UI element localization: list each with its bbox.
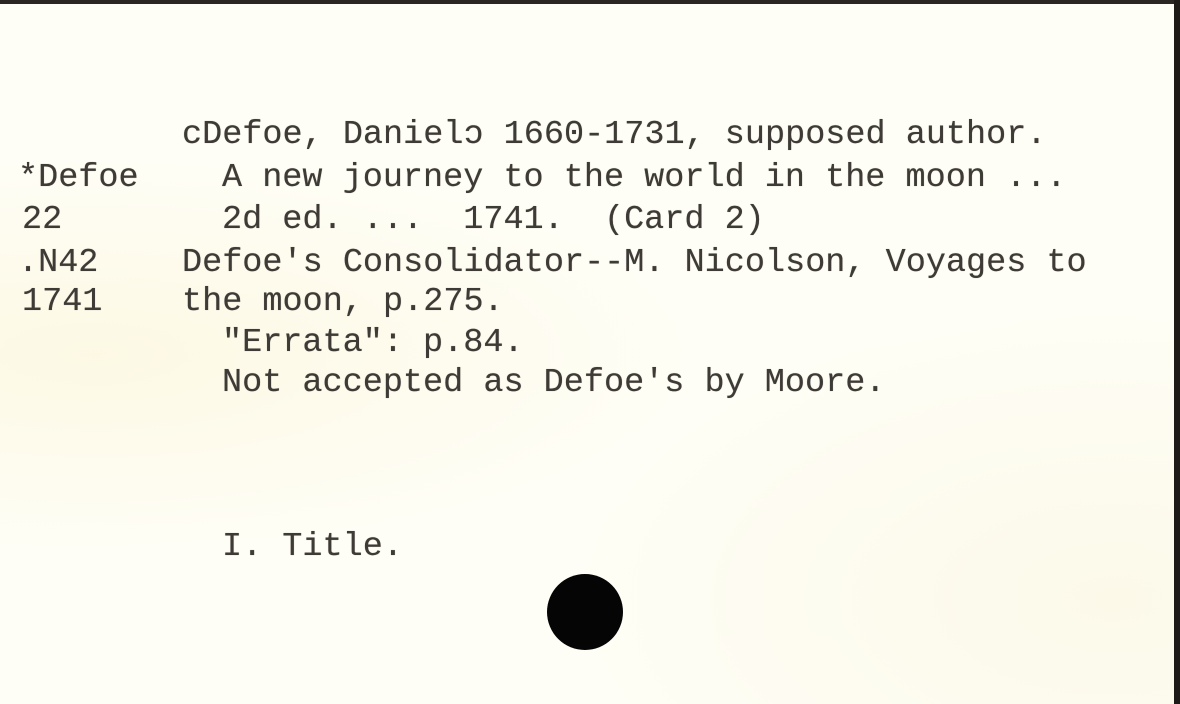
author-heading: ᴄDefoe, Danielɔ 1660-1731, supposed auth…: [182, 119, 1046, 153]
note-line-2: the moon, p.275.: [182, 286, 504, 320]
catalog-card: *Defoe 22 .N42 1741 ᴄDefoe, Danielɔ 1660…: [0, 4, 1174, 704]
tracing-line: I. Title.: [222, 531, 403, 565]
card-edge-shadow: [1174, 0, 1180, 704]
title-line: A new journey to the world in the moon .…: [222, 162, 1066, 196]
punch-hole: [547, 574, 623, 650]
call-number-line-2: 22: [22, 204, 62, 238]
note-line-3: "Errata": p.84.: [222, 327, 524, 361]
call-number-line-1: *Defoe: [18, 162, 139, 196]
note-line-4: Not accepted as Defoe's by Moore.: [222, 367, 885, 401]
edition-line: 2d ed. ... 1741. (Card 2): [222, 204, 765, 238]
call-number-line-3: .N42: [18, 247, 98, 281]
call-number-line-4: 1741: [22, 286, 102, 320]
note-line-1: Defoe's Consolidator--M. Nicolson, Voyag…: [182, 247, 1087, 281]
